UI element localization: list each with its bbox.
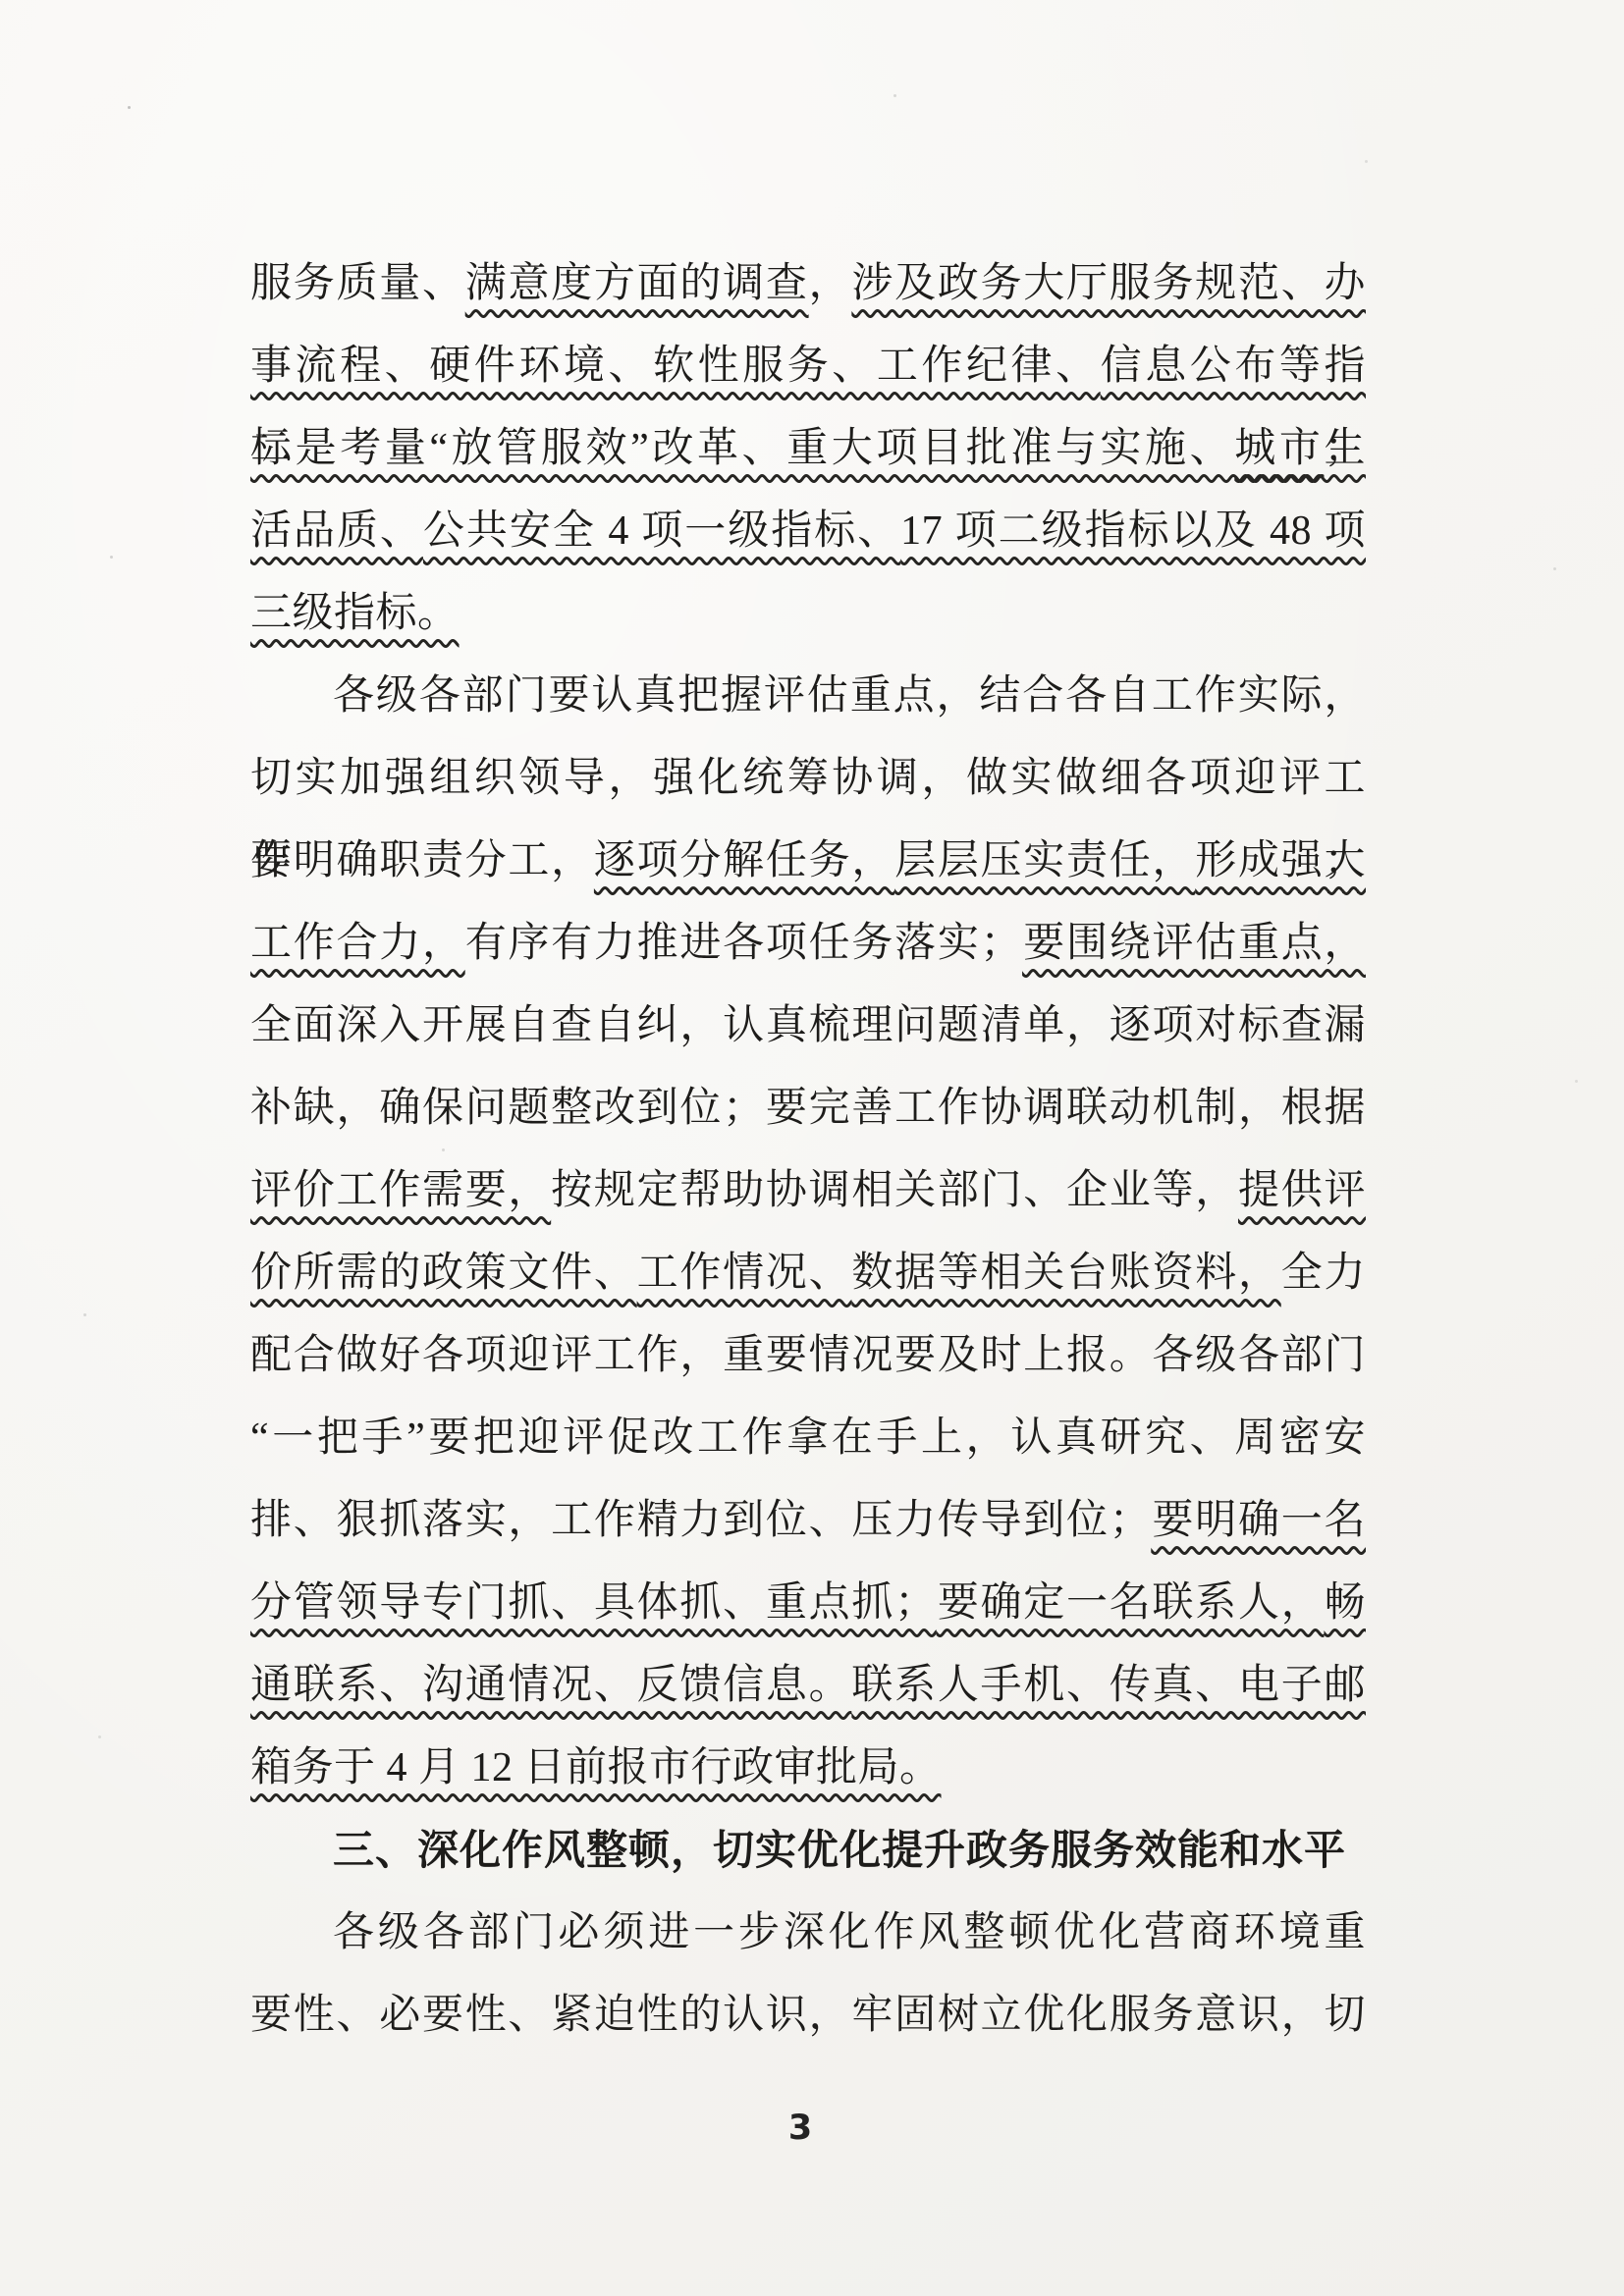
text-segment: 全面深入开展自查自纠，认真梳理问题清单，逐项对标查漏	[250, 1003, 1366, 1048]
underlined-text-segment: 联系人手机、传真、电子邮	[851, 1663, 1366, 1708]
text-segment: 全力	[1281, 1251, 1366, 1296]
text-line: 全面深入开展自查自纠，认真梳理问题清单，逐项对标查漏	[250, 985, 1366, 1067]
page-number: 3	[0, 2109, 1600, 2148]
text-line: 箱务于 4 月 12 日前报市行政审批局。	[250, 1727, 1366, 1809]
text-line: 价所需的政策文件、工作情况、数据等相关台账资料，全力	[250, 1232, 1366, 1314]
underlined-text-segment: 评价工作需要，	[250, 1168, 551, 1213]
text-line: 补缺，确保问题整改到位；要完善工作协调联动机制，根据	[250, 1067, 1366, 1149]
text-line: 切实加强组织领导，强化统筹协调，做实做细各项迎评工作；	[250, 737, 1366, 820]
underlined-text-segment: 形成强大	[1195, 838, 1366, 883]
text-segment: “一把手”要把迎评促改工作拿在手上，认真研究、周密安	[250, 1415, 1366, 1461]
underlined-text-segment: 要确定一名联系人，	[937, 1580, 1325, 1626]
underlined-text-segment: 满意度方面的调查	[465, 261, 809, 306]
text-segment: 各级各部门必须进一步深化作风整顿优化营商环境重	[333, 1910, 1366, 1955]
text-segment: 配合做好各项迎评工作，重要情况要及时上报。各级各部门	[250, 1333, 1366, 1378]
text-segment: 有序有力推进各项任务落实；	[465, 921, 1022, 966]
text-line: 事流程、硬件环境、软性服务、工作纪律、信息公布等指标；	[250, 325, 1366, 407]
text-line: 各级各部门要认真把握评估重点，结合各自工作实际，	[250, 655, 1366, 737]
underlined-text-segment: 三级指标。	[250, 591, 460, 636]
underlined-text-segment: 通联系、沟通情况、反馈信息。	[250, 1663, 851, 1708]
text-line: 服务质量、满意度方面的调查，涉及政务大厅服务规范、办	[250, 242, 1366, 325]
underlined-text-segment: 价所需的政策文件、	[250, 1251, 637, 1296]
underlined-text-segment: 活品质、	[250, 508, 423, 554]
underlined-text-segment: 要明确一名	[1151, 1498, 1366, 1543]
underlined-text-segment: 工作情况、	[637, 1251, 852, 1296]
text-line: 通联系、沟通情况、反馈信息。联系人手机、传真、电子邮	[250, 1644, 1366, 1727]
underlined-text-segment: 提供评	[1238, 1168, 1366, 1213]
scan-speck-artifacts	[128, 106, 131, 109]
underlined-text-segment: 畅	[1324, 1580, 1366, 1626]
underlined-text-segment: 涉及政务大厅服务规范、办	[851, 261, 1366, 306]
text-line: 分管领导专门抓、具体抓、重点抓；要确定一名联系人，畅	[250, 1562, 1366, 1644]
text-line: “一把手”要把迎评促改工作拿在手上，认真研究、周密安	[250, 1397, 1366, 1479]
text-line: 要性、必要性、紧迫性的认识，牢固树立优化服务意识，切	[250, 1974, 1366, 2056]
underlined-text-segment: 层层压实责任，	[894, 838, 1195, 883]
text-line: 配合做好各项迎评工作，重要情况要及时上报。各级各部门	[250, 1314, 1366, 1397]
text-line: 要明确职责分工，逐项分解任务，层层压实责任，形成强大	[250, 820, 1366, 902]
text-line: 排、狠抓落实，工作精力到位、压力传导到位；要明确一名	[250, 1479, 1366, 1562]
text-segment: 三、深化作风整顿，切实优化提升政务服务效能和水平	[333, 1827, 1346, 1873]
text-line: 各级各部门必须进一步深化作风整顿优化营商环境重	[250, 1892, 1366, 1974]
underlined-text-segment: 城市生	[1234, 426, 1366, 471]
section-heading: 三、深化作风整顿，切实优化提升政务服务效能和水平	[250, 1809, 1366, 1892]
text-line: 活品质、公共安全 4 项一级指标、17 项二级指标以及 48 项	[250, 490, 1366, 572]
underlined-text-segment: 工作合力，	[250, 921, 465, 966]
underlined-text-segment: 事流程、硬件环境、软性服务、工作纪律、	[250, 344, 1101, 389]
text-segment: 二是考量“放管服效”改革、重大项目批准与实施、	[250, 426, 1234, 471]
underlined-text-segment: 数据等相关台账资料，	[851, 1251, 1280, 1296]
text-segment: 各级各部门要认真把握评估重点，结合各自工作实际，	[333, 673, 1366, 719]
text-line: 工作合力，有序有力推进各项任务落实；要围绕评估重点，	[250, 902, 1366, 985]
text-segment: 补缺，确保问题整改到位；要完善工作协调联动机制，根据	[250, 1086, 1366, 1131]
text-segment: 按规定帮助协调相关部门、企业等，	[551, 1168, 1238, 1213]
underlined-text-segment: 逐项分解任务，	[594, 838, 894, 883]
underlined-text-segment: 要围绕评估重点，	[1022, 921, 1366, 966]
text-segment: 要明确职责分工，	[250, 838, 594, 883]
text-block: 服务质量、满意度方面的调查，涉及政务大厅服务规范、办事流程、硬件环境、软性服务、…	[250, 242, 1366, 2056]
text-segment: 要性、必要性、紧迫性的认识，牢固树立优化服务意识，切	[250, 1993, 1366, 2038]
underlined-text-segment: 公共安全 4 项一级指标、	[423, 508, 900, 554]
text-line: 三级指标。	[250, 572, 1366, 655]
text-segment: 排、狠抓落实，工作精力到位、压力传导到位；	[250, 1498, 1151, 1543]
underlined-text-segment: 分管领导专门抓、具体抓、重点抓；	[250, 1580, 937, 1626]
underlined-text-segment: 箱务于 4 月 12 日前报市行政审批局。	[250, 1745, 942, 1790]
text-line: 评价工作需要，按规定帮助协调相关部门、企业等，提供评	[250, 1149, 1366, 1232]
text-segment: 服务质量、	[250, 261, 465, 306]
scanned-document-page: 服务质量、满意度方面的调查，涉及政务大厅服务规范、办事流程、硬件环境、软性服务、…	[0, 0, 1624, 2296]
text-line: 二是考量“放管服效”改革、重大项目批准与实施、城市生	[250, 407, 1366, 490]
text-segment: ，	[809, 261, 852, 306]
underlined-text-segment: 17 项二级指标以及 48 项	[900, 508, 1366, 554]
